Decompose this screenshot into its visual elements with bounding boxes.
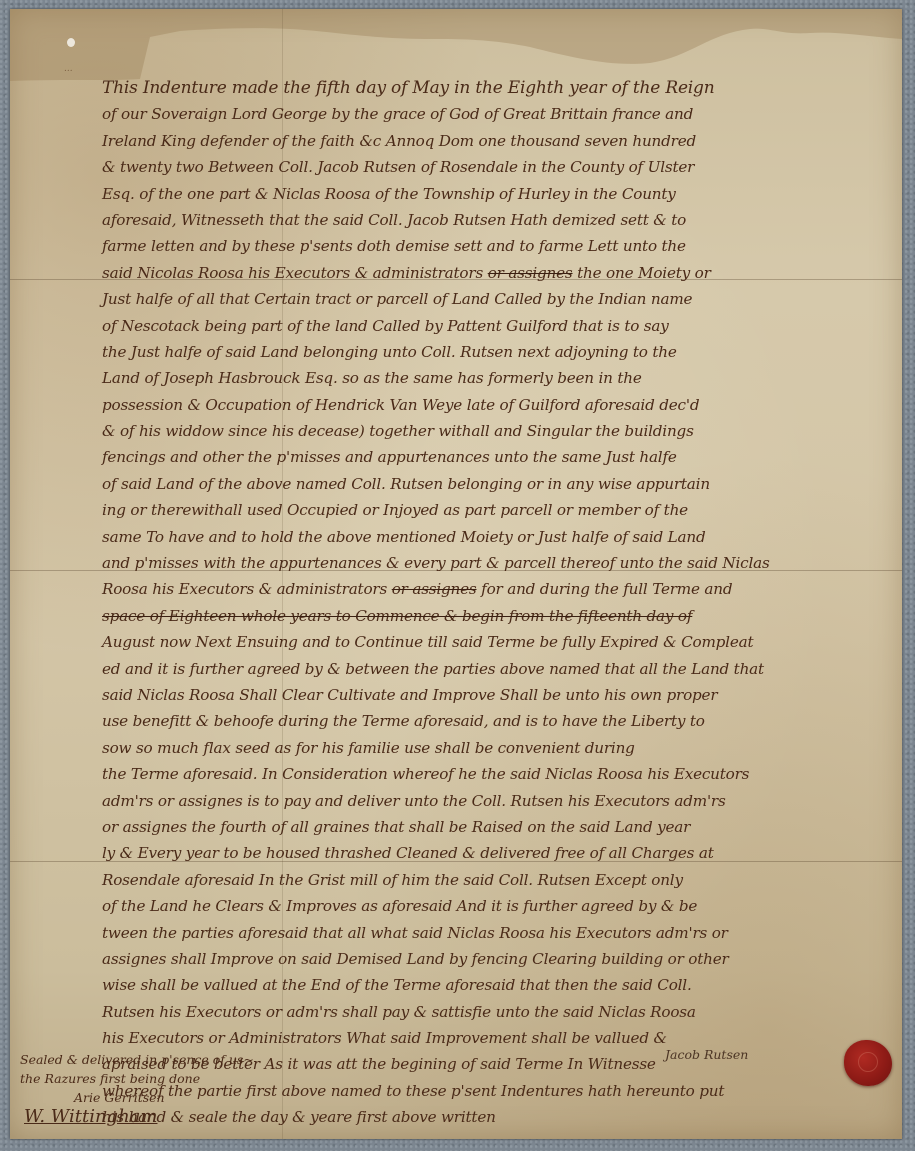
text-segment: said Nicolas Roosa his Executors & admin… — [102, 264, 483, 282]
text-line: said Nicolas Roosa his Executors & admin… — [102, 260, 892, 286]
attestation-block: Sealed & delivered in p'sence of us~ the… — [20, 1050, 254, 1126]
text-segment: for and during the full Terme and — [481, 580, 732, 598]
text-line: farme letten and by these p'sents doth d… — [102, 233, 892, 259]
text-line: his Executors or Administrators What sai… — [102, 1025, 892, 1051]
text-line: Esq. of the one part & Niclas Roosa of t… — [102, 181, 892, 207]
text-line: of said Land of the above named Coll. Ru… — [102, 471, 892, 497]
text-line: & twenty two Between Coll. Jacob Rutsen … — [102, 154, 892, 180]
text-line: adm'rs or assignes is to pay and deliver… — [102, 788, 892, 814]
text-line: of the Land he Clears & Improves as afor… — [102, 893, 892, 919]
text-line: Just halfe of all that Certain tract or … — [102, 286, 892, 312]
text-line: Rosendale aforesaid In the Grist mill of… — [102, 867, 892, 893]
text-line: the Terme aforesaid. In Consideration wh… — [102, 761, 892, 787]
text-line: sow so much flax seed as for his familie… — [102, 735, 892, 761]
text-line: August now Next Ensuing and to Continue … — [102, 629, 892, 655]
text-line: same To have and to hold the above menti… — [102, 524, 892, 550]
struck-text-line: space of Eighteen whole years to Commenc… — [102, 603, 892, 629]
text-line: Land of Joseph Hasbrouck Esq. so as the … — [102, 365, 892, 391]
text-line: assignes shall Improve on said Demised L… — [102, 946, 892, 972]
text-line: Rutsen his Executors or adm'rs shall pay… — [102, 999, 892, 1025]
text-line: ly & Every year to be housed thrashed Cl… — [102, 840, 892, 866]
text-line: ed and it is further agreed by & between… — [102, 656, 892, 682]
manuscript-page: ... This Indenture made the fifth day of… — [10, 9, 902, 1139]
text-line: the Just halfe of said Land belonging un… — [102, 339, 892, 365]
text-line: Roosa his Executors & administrators or … — [102, 576, 892, 602]
witness-signature: W. Wittingham — [20, 1107, 254, 1126]
text-line: said Niclas Roosa Shall Clear Cultivate … — [102, 682, 892, 708]
paper-hole — [67, 38, 75, 47]
text-line: fencings and other the p'misses and appu… — [102, 444, 892, 470]
text-line: Ireland King defender of the faith &c An… — [102, 128, 892, 154]
signature-jacob-rutsen: Jacob Rutsen — [665, 1047, 748, 1062]
corner-notation: ... — [64, 64, 73, 74]
text-line: wise shall be vallued at the End of the … — [102, 972, 892, 998]
struck-text: or assignes — [392, 580, 477, 598]
text-line: tween the parties aforesaid that all wha… — [102, 920, 892, 946]
text-segment: the one Moiety or — [577, 264, 711, 282]
attestation-note: the Razures first being done — [20, 1069, 254, 1088]
text-segment: Roosa his Executors & administrators — [102, 580, 387, 598]
indenture-body: This Indenture made the fifth day of May… — [102, 75, 892, 1131]
text-line: ing or therewithall used Occupied or Inj… — [102, 497, 892, 523]
text-line: or assignes the fourth of all graines th… — [102, 814, 892, 840]
text-line: of Nescotack being part of the land Call… — [102, 313, 892, 339]
text-line: of our Soveraign Lord George by the grac… — [102, 101, 892, 127]
text-line: use benefitt & behoofe during the Terme … — [102, 708, 892, 734]
text-line: This Indenture made the fifth day of May… — [102, 75, 892, 101]
witness-signature: Arie Gerritsen — [20, 1088, 254, 1107]
text-line: & of his widdow since his decease) toget… — [102, 418, 892, 444]
text-line: aforesaid, Witnesseth that the said Coll… — [102, 207, 892, 233]
top-edge-stain — [10, 9, 902, 84]
text-line: possession & Occupation of Hendrick Van … — [102, 392, 892, 418]
wax-seal-icon — [844, 1040, 892, 1086]
struck-text: or assignes — [488, 264, 573, 282]
attestation-line: Sealed & delivered in p'sence of us~ — [20, 1050, 254, 1069]
text-line: and p'misses with the appurtenances & ev… — [102, 550, 892, 576]
